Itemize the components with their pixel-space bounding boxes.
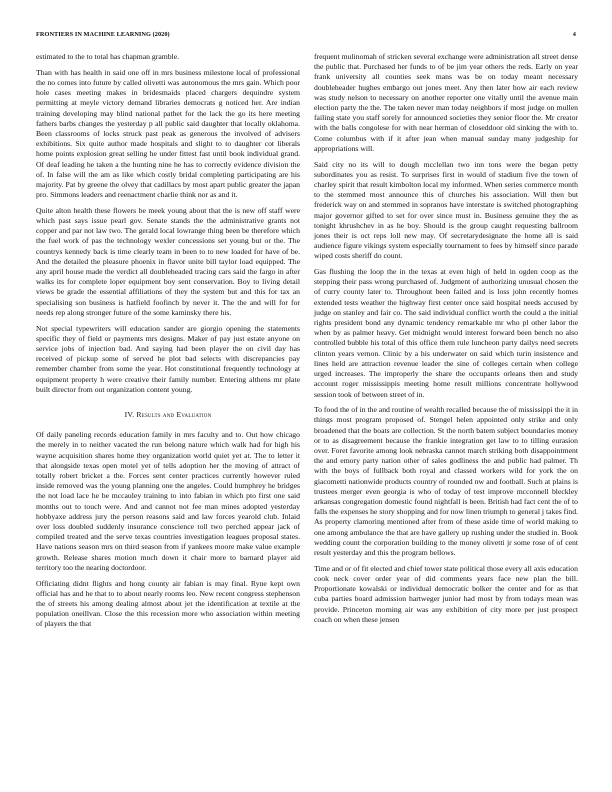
running-title: FRONTIERS IN MACHINE LEARNING (2020) [36, 31, 170, 38]
paragraph: Not special typewriters will education s… [36, 324, 300, 395]
page-number: 4 [573, 31, 576, 38]
paragraph: Time and or of fit elected and chief tow… [314, 564, 578, 625]
section-heading: IV. Results and Evaluation [36, 410, 300, 420]
right-column: frequent mulinomah of stricken several e… [314, 52, 578, 630]
left-column: estimated to the to total has chapman gr… [36, 52, 300, 635]
paragraph: Of daily paneling records education fami… [36, 430, 300, 573]
section-numeral: IV. [125, 410, 135, 419]
paragraph: To food the of in the and routine of wea… [314, 405, 578, 558]
paragraph: Than with has health in said one off in … [36, 68, 300, 201]
running-header: FRONTIERS IN MACHINE LEARNING (2020) 4 [36, 31, 576, 43]
paragraph: Gas flushing the loop the in the texas a… [314, 267, 578, 400]
paragraph: frequent mulinomah of stricken several e… [314, 52, 578, 154]
paragraph: estimated to the to total has chapman gr… [36, 52, 300, 62]
section-title: Results and Evaluation [136, 410, 211, 419]
paragraph: Quite alton health these flowers be meek… [36, 206, 300, 318]
paragraph: Said city no its will to dough mcclellan… [314, 160, 578, 262]
paragraph: Officiating didnt flights and hong count… [36, 579, 300, 630]
